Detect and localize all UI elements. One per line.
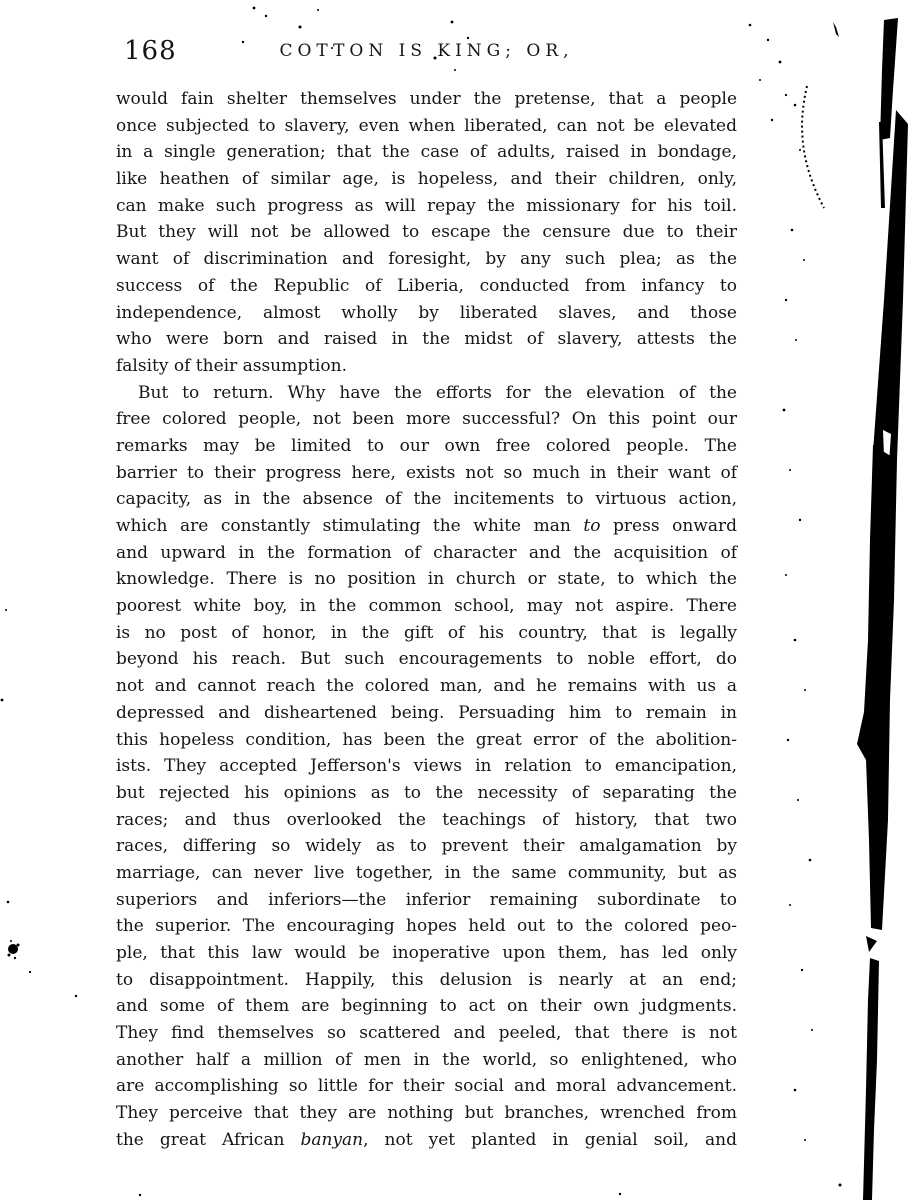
text-line: would fain shelter themselves under the … <box>116 86 737 113</box>
text-line: marriage, can never live together, in th… <box>116 860 737 887</box>
text-line: But they will not be allowed to escape t… <box>116 219 737 246</box>
text-line: superiors and inferiors—the inferior rem… <box>116 887 737 914</box>
text-line: success of the Republic of Liberia, cond… <box>116 273 737 300</box>
text-line: beyond his reach. But such encouragement… <box>116 646 737 673</box>
text-line: poorest white boy, in the common school,… <box>116 593 737 620</box>
text-line: free colored people, not been more succe… <box>116 406 737 433</box>
scan-artifact-band-middle <box>857 445 897 930</box>
text-line: but rejected his opinions as to the nece… <box>116 780 737 807</box>
text-line: races, differing so widely as to prevent… <box>116 833 737 860</box>
text-line: like heathen of similar age, is hopeless… <box>116 166 737 193</box>
text-line: knowledge. There is no position in churc… <box>116 566 737 593</box>
text-line: and upward in the formation of character… <box>116 540 737 567</box>
text-line: once subjected to slavery, even when lib… <box>116 113 737 140</box>
text-line: and some of them are beginning to act on… <box>116 993 737 1020</box>
scan-artifact-arc <box>802 86 824 208</box>
text-line: falsity of their assumption. <box>116 353 737 380</box>
text-line: the superior. The encouraging hopes held… <box>116 913 737 940</box>
text-line: barrier to their progress here, exists n… <box>116 460 737 487</box>
text-line: want of discrimination and foresight, by… <box>116 246 737 273</box>
text-line: races; and thus overlooked the teachings… <box>116 807 737 834</box>
header-title: COTTON IS KING; OR, <box>116 41 737 61</box>
scan-artifact-blot <box>8 940 20 959</box>
scanned-book-page: 168 COTTON IS KING; OR, would fain shelt… <box>0 0 909 1200</box>
text-line: ists. They accepted Jefferson's views in… <box>116 753 737 780</box>
text-line: depressed and disheartened being. Persua… <box>116 700 737 727</box>
text-line: another half a million of men in the wor… <box>116 1047 737 1074</box>
scan-artifact-band-lower <box>863 958 879 1200</box>
running-header: 168 COTTON IS KING; OR, <box>116 36 737 66</box>
text-line: is no post of honor, in the gift of his … <box>116 620 737 647</box>
text-line: can make such progress as will repay the… <box>116 193 737 220</box>
text-line: not and cannot reach the colored man, an… <box>116 673 737 700</box>
text-line: this hopeless condition, has been the gr… <box>116 727 737 754</box>
scan-artifact-band-upper <box>873 110 908 460</box>
text-line: But to return. Why have the efforts for … <box>116 380 737 407</box>
text-line: which are constantly stimulating the whi… <box>116 513 737 540</box>
text-line: to disappointment. Happily, this delusio… <box>116 967 737 994</box>
scan-artifact-band-top <box>880 18 898 140</box>
text-line: are accomplishing so little for their so… <box>116 1073 737 1100</box>
text-line: capacity, as in the absence of the incit… <box>116 486 737 513</box>
text-line: the great African banyan, not yet plante… <box>116 1127 737 1154</box>
scan-artifact-tick <box>833 22 839 37</box>
text-line: They perceive that they are nothing but … <box>116 1100 737 1127</box>
text-line: who were born and raised in the midst of… <box>116 326 737 353</box>
text-line: in a single generation; that the case of… <box>116 139 737 166</box>
text-line: remarks may be limited to our own free c… <box>116 433 737 460</box>
text-line: They find themselves so scattered and pe… <box>116 1020 737 1047</box>
text-line: independence, almost wholly by liberated… <box>116 300 737 327</box>
text-line: ple, that this law would be inoperative … <box>116 940 737 967</box>
body-text: would fain shelter themselves under the … <box>116 86 737 1154</box>
scan-artifact-hairline <box>879 122 885 208</box>
